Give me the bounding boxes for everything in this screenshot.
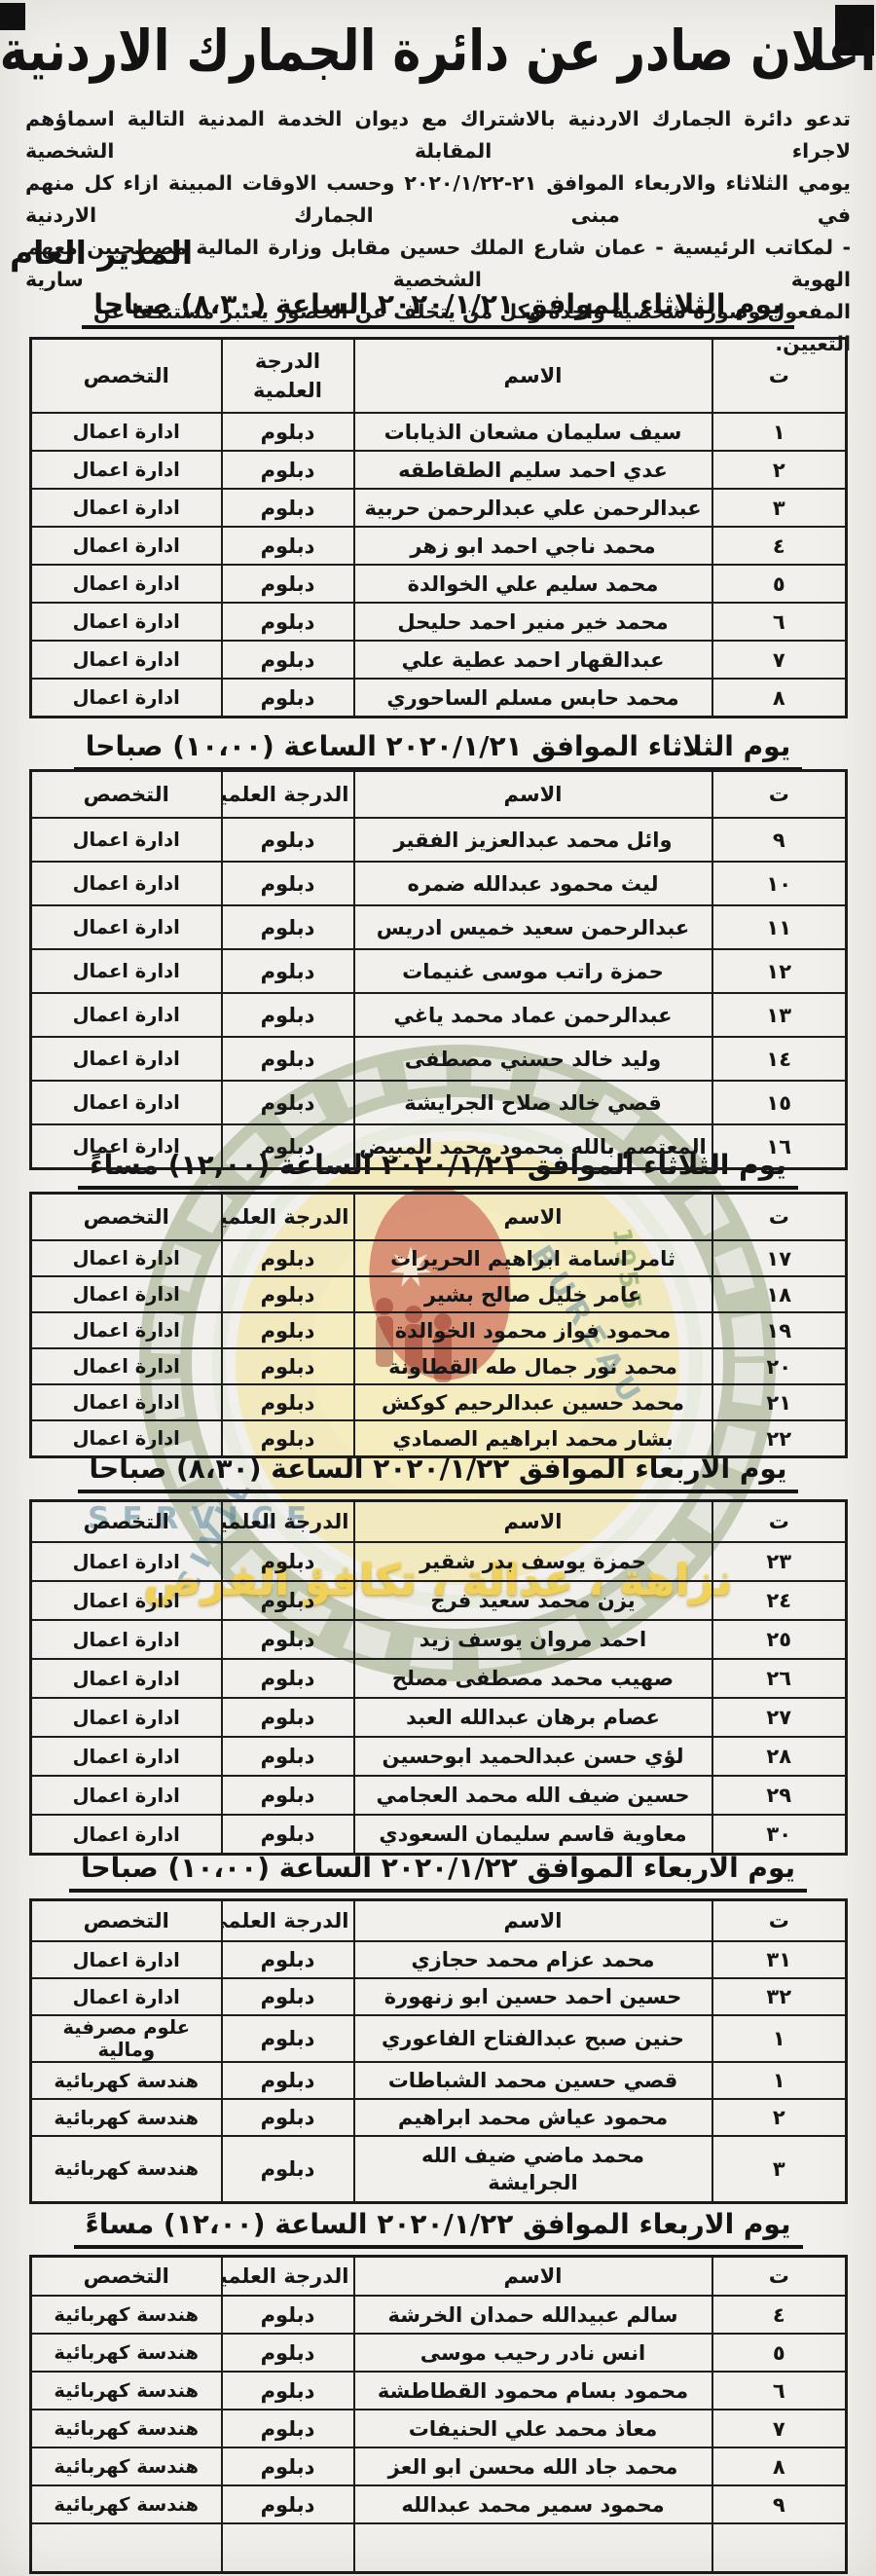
table-cell: عدي احمد سليم الطقاطقه	[354, 451, 712, 489]
table-cell: ٣١	[712, 1941, 847, 1978]
table-cell: ١	[712, 2062, 847, 2099]
table-cell: ٥	[712, 2334, 847, 2372]
table-cell: ٢٤	[712, 1581, 847, 1620]
column-header: الاسم	[354, 1194, 712, 1241]
table-cell: ٣	[712, 489, 847, 527]
table-cell: ادارة اعمال	[31, 1037, 222, 1081]
table-cell: ادارة اعمال	[31, 1420, 222, 1457]
column-header: ت	[712, 339, 847, 414]
table-cell: هندسة كهربائية	[31, 2099, 222, 2136]
table-cell: دبلوم	[222, 1312, 354, 1348]
table-row: ٤سالم عبيدالله حمدان الخرشةدبلومهندسة كه…	[31, 2296, 847, 2334]
table-cell: سالم عبيدالله حمدان الخرشة	[354, 2296, 712, 2334]
table-cell: دبلوم	[222, 641, 354, 679]
table-cell: محمد نور جمال طه القطاونة	[354, 1348, 712, 1384]
table-cell: ٤	[712, 527, 847, 565]
table-cell: ادارة اعمال	[31, 949, 222, 993]
table-cell: دبلوم	[222, 1659, 354, 1698]
column-header: التخصص	[31, 339, 222, 414]
table-cell: دبلوم	[222, 1124, 354, 1169]
table-cell: ادارة اعمال	[31, 489, 222, 527]
table-row: ٦محمود بسام محمود القطاطشةدبلومهندسة كهر…	[31, 2372, 847, 2410]
table-cell: ٣٠	[712, 1815, 847, 1855]
table-cell: ٧	[712, 2410, 847, 2447]
table-cell: ادارة اعمال	[31, 603, 222, 641]
table-cell: دبلوم	[222, 1240, 354, 1276]
column-header: الدرجة العلمية	[222, 1501, 354, 1543]
table-cell: ١٣	[712, 993, 847, 1037]
table-cell: محمد جاد الله محسن ابو العز	[354, 2447, 712, 2485]
table-cell: ادارة اعمال	[31, 1776, 222, 1815]
table-cell: دبلوم	[222, 993, 354, 1037]
table-cell: ٢	[712, 451, 847, 489]
table-cell: ادارة اعمال	[31, 1659, 222, 1698]
table-cell: ١١	[712, 905, 847, 949]
table-cell: ادارة اعمال	[31, 1348, 222, 1384]
table-cell: قصي حسين محمد الشباطات	[354, 2062, 712, 2099]
table-row: ٣١محمد عزام محمد حجازيدبلومادارة اعمال	[31, 1941, 847, 1978]
column-header: الدرجة العلمية	[222, 771, 354, 819]
table-cell: دبلوم	[222, 2015, 354, 2062]
table-cell: ٨	[712, 679, 847, 718]
column-header: التخصص	[31, 1194, 222, 1241]
table-cell: ادارة اعمال	[31, 1081, 222, 1124]
table-cell: دبلوم	[222, 1081, 354, 1124]
table-row: ٣٢حسين احمد حسين ابو زنهورةدبلومادارة اع…	[31, 1978, 847, 2015]
column-header: الدرجة العلمية	[222, 339, 354, 414]
table-row: ٢محمود عياش محمد ابراهيمدبلومهندسة كهربا…	[31, 2099, 847, 2136]
table-cell: وليد خالد حسني مصطفى	[354, 1037, 712, 1081]
table-row: ٢٣حمزة يوسف بدر شقيردبلومادارة اعمال	[31, 1542, 847, 1581]
table-row: ٢٦صهيب محمد مصطفى مصلحدبلومادارة اعمال	[31, 1659, 847, 1698]
table-cell: ادارة اعمال	[31, 1620, 222, 1659]
table-cell: ٢٠	[712, 1348, 847, 1384]
page-title: اعلان صادر عن دائرة الجمارك الاردنية	[29, 0, 847, 110]
table-row: ٢١محمد حسين عبدالرحيم كوكشدبلومادارة اعم…	[31, 1384, 847, 1420]
table-cell: ٤	[712, 2296, 847, 2334]
table-cell: ادارة اعمال	[31, 413, 222, 451]
table-row	[31, 2523, 847, 2573]
table-cell: محمد عزام محمد حجازي	[354, 1941, 712, 1978]
header-row: تالاسمالدرجة العلميةالتخصص	[31, 1501, 847, 1543]
table-cell: ٢	[712, 2099, 847, 2136]
table-row: ٣محمد ماضي ضيف الله الجرايشةدبلومهندسة ك…	[31, 2136, 847, 2203]
table-cell: هندسة كهربائية	[31, 2296, 222, 2334]
table-cell: دبلوم	[222, 1581, 354, 1620]
schedule-table-2: تالاسمالدرجة العلميةالتخصص٩وائل محمد عبد…	[29, 769, 848, 1170]
table-row: ٢٩حسين ضيف الله محمد العجاميدبلومادارة ا…	[31, 1776, 847, 1815]
table-row: ١٢حمزة راتب موسى غنيماتدبلومادارة اعمال	[31, 949, 847, 993]
table-cell: ١	[712, 2015, 847, 2062]
table-cell: هندسة كهربائية	[31, 2410, 222, 2447]
table-cell: ادارة اعمال	[31, 641, 222, 679]
table-cell: عبدالرحمن عماد محمد ياغي	[354, 993, 712, 1037]
table-cell: ١٦	[712, 1124, 847, 1169]
table-cell: قصي خالد صلاح الجرايشة	[354, 1081, 712, 1124]
table-cell: محمد خير منير احمد حليحل	[354, 603, 712, 641]
table-cell: ادارة اعمال	[31, 1384, 222, 1420]
table-row: ٥انس نادر رحيب موسىدبلومهندسة كهربائية	[31, 2334, 847, 2372]
table-cell: دبلوم	[222, 905, 354, 949]
table-cell: ادارة اعمال	[31, 1124, 222, 1169]
table-cell: ٩	[712, 2485, 847, 2523]
table-cell: ٢٩	[712, 1776, 847, 1815]
table-cell: حمزة راتب موسى غنيمات	[354, 949, 712, 993]
table-cell: سيف سليمان مشعان الذيابات	[354, 413, 712, 451]
signature-director-general: المدير العام	[10, 234, 193, 272]
schedule-table-3: تالاسمالدرجة العلميةالتخصص١٧ثامر اسامة ا…	[29, 1192, 848, 1458]
table-row: ٩وائل محمد عبدالعزيز الفقيردبلومادارة اع…	[31, 818, 847, 862]
table-cell: ادارة اعمال	[31, 993, 222, 1037]
table-cell: محمود فواز محمود الخوالدة	[354, 1312, 712, 1348]
table-cell: احمد مروان يوسف زيد	[354, 1620, 712, 1659]
table-cell: عبدالرحمن علي عبدالرحمن حربية	[354, 489, 712, 527]
table-cell: دبلوم	[222, 679, 354, 718]
table-row: ١٠ليث محمود عبدالله ضمرهدبلومادارة اعمال	[31, 862, 847, 905]
table-row: ٦محمد خير منير احمد حليحلدبلومادارة اعما…	[31, 603, 847, 641]
table-cell: محمود بسام محمود القطاطشة	[354, 2372, 712, 2410]
section-heading-1: يوم الثلاثاء الموافق ٢٠٢٠/١/٢١ الساعة (٨…	[0, 288, 876, 329]
table-cell: حمزة يوسف بدر شقير	[354, 1542, 712, 1581]
table-cell: ٢١	[712, 1384, 847, 1420]
table-row: ٢٧عصام برهان عبدالله العبددبلومادارة اعم…	[31, 1698, 847, 1737]
table-cell: حنين صبح عبدالفتاح الفاعوري	[354, 2015, 712, 2062]
table-cell: حسين احمد حسين ابو زنهورة	[354, 1978, 712, 2015]
table-cell: معاوية قاسم سليمان السعودي	[354, 1815, 712, 1855]
table-row: ١٦المعتصم بالله محمود محمد المبيضدبلوماد…	[31, 1124, 847, 1169]
section-heading-4: يوم الاربعاء الموافق ٢٠٢٠/١/٢٢ الساعة (٨…	[0, 1453, 876, 1493]
schedule-table-4: تالاسمالدرجة العلميةالتخصص٢٣حمزة يوسف بد…	[29, 1499, 848, 1856]
table-row: ٢٨لؤي حسن عبدالحميد ابوحسيندبلومادارة اع…	[31, 1737, 847, 1776]
column-header: الاسم	[354, 1900, 712, 1942]
table-cell: ادارة اعمال	[31, 1978, 222, 2015]
table-cell: ٦	[712, 2372, 847, 2410]
table-cell: دبلوم	[222, 1420, 354, 1457]
column-header: التخصص	[31, 1900, 222, 1942]
table-cell: دبلوم	[222, 1698, 354, 1737]
table-cell: دبلوم	[222, 1276, 354, 1312]
table-cell: عبدالقهار احمد عطية علي	[354, 641, 712, 679]
table-cell: ١٧	[712, 1240, 847, 1276]
table-cell: محمود سمير محمد عبدالله	[354, 2485, 712, 2523]
table-cell: محمد ناجي احمد ابو زهر	[354, 527, 712, 565]
table-cell: ٥	[712, 565, 847, 603]
table-row: ١٣عبدالرحمن عماد محمد ياغيدبلومادارة اعم…	[31, 993, 847, 1037]
table-cell: دبلوم	[222, 489, 354, 527]
table-cell: دبلوم	[222, 413, 354, 451]
table-cell: ثامر اسامة ابراهيم الحريرات	[354, 1240, 712, 1276]
scanned-announcement-page: CIVIL SERVICE BUREAU 1955 نزاهة ، عدالة …	[0, 0, 876, 2576]
column-header: ت	[712, 1900, 847, 1942]
table-row: ٤محمد ناجي احمد ابو زهردبلومادارة اعمال	[31, 527, 847, 565]
header-row: تالاسمالدرجة العلميةالتخصص	[31, 339, 847, 414]
table-cell: دبلوم	[222, 818, 354, 862]
table-cell: هندسة كهربائية	[31, 2372, 222, 2410]
table-cell: ادارة اعمال	[31, 818, 222, 862]
table-row: ٨محمد حابس مسلم الساحوريدبلومادارة اعمال	[31, 679, 847, 718]
table-cell: دبلوم	[222, 1348, 354, 1384]
table-row: ٧عبدالقهار احمد عطية عليدبلومادارة اعمال	[31, 641, 847, 679]
table-cell: دبلوم	[222, 451, 354, 489]
table-row: ٥محمد سليم علي الخوالدةدبلومادارة اعمال	[31, 565, 847, 603]
table-cell: دبلوم	[222, 1776, 354, 1815]
column-header: الاسم	[354, 2257, 712, 2297]
table-cell: بشار محمد ابراهيم الصمادي	[354, 1420, 712, 1457]
table-row: ٨محمد جاد الله محسن ابو العزدبلومهندسة ك…	[31, 2447, 847, 2485]
intro-line: تدعو دائرة الجمارك الاردنية بالاشتراك مع…	[25, 103, 851, 167]
table-cell: ادارة اعمال	[31, 1542, 222, 1581]
table-cell: هندسة كهربائية	[31, 2062, 222, 2099]
intro-line: يومي الثلاثاء والاربعاء الموافق ٢١-٢٠٢٠/…	[25, 167, 851, 232]
table-cell: ادارة اعمال	[31, 1240, 222, 1276]
table-cell: دبلوم	[222, 2410, 354, 2447]
table-cell: دبلوم	[222, 1737, 354, 1776]
table-cell: ٨	[712, 2447, 847, 2485]
table-row: ٢عدي احمد سليم الطقاطقهدبلومادارة اعمال	[31, 451, 847, 489]
table-cell: محمد حسين عبدالرحيم كوكش	[354, 1384, 712, 1420]
table-cell: وائل محمد عبدالعزيز الفقير	[354, 818, 712, 862]
column-header: التخصص	[31, 771, 222, 819]
column-header: الاسم	[354, 1501, 712, 1543]
table-cell: انس نادر رحيب موسى	[354, 2334, 712, 2372]
table-cell: ٦	[712, 603, 847, 641]
table-cell: لؤي حسن عبدالحميد ابوحسين	[354, 1737, 712, 1776]
table-cell: ادارة اعمال	[31, 1737, 222, 1776]
table-row: ٢٤يزن محمد سعيد فرجدبلومادارة اعمال	[31, 1581, 847, 1620]
schedule-table-5: تالاسمالدرجة العلميالتخصص٣١محمد عزام محم…	[29, 1898, 848, 2204]
table-cell: ٢٨	[712, 1737, 847, 1776]
header-row: تالاسمالدرجة العلميةالتخصص	[31, 1194, 847, 1241]
table-cell: هندسة كهربائية	[31, 2334, 222, 2372]
table-row: ١١عبدالرحمن سعيد خميس ادريسدبلومادارة اع…	[31, 905, 847, 949]
table-row: ٢٠محمد نور جمال طه القطاونةدبلومادارة اع…	[31, 1348, 847, 1384]
column-header: ت	[712, 1194, 847, 1241]
table-cell: محمد ماضي ضيف الله الجرايشة	[354, 2136, 712, 2203]
table-cell: ادارة اعمال	[31, 451, 222, 489]
table-cell: ٢٧	[712, 1698, 847, 1737]
table-cell: ٢٥	[712, 1620, 847, 1659]
table-cell: دبلوم	[222, 2062, 354, 2099]
table-row: ١٩محمود فواز محمود الخوالدةدبلومادارة اع…	[31, 1312, 847, 1348]
table-cell: عصام برهان عبدالله العبد	[354, 1698, 712, 1737]
column-header: التخصص	[31, 2257, 222, 2297]
table-cell: محمد حابس مسلم الساحوري	[354, 679, 712, 718]
column-header: الاسم	[354, 771, 712, 819]
table-cell: دبلوم	[222, 2099, 354, 2136]
column-header: الدرجة العلمية	[222, 1194, 354, 1241]
column-header: ت	[712, 2257, 847, 2297]
table-cell: محمد سليم علي الخوالدة	[354, 565, 712, 603]
section-heading-2: يوم الثلاثاء الموافق ٢٠٢٠/١/٢١ الساعة (١…	[0, 730, 876, 771]
table-cell: معاذ محمد علي الحنيفات	[354, 2410, 712, 2447]
table-cell: ادارة اعمال	[31, 1698, 222, 1737]
header-row: تالاسمالدرجة العلميةالتخصص	[31, 2257, 847, 2297]
table-cell: دبلوم	[222, 2334, 354, 2372]
column-header: ت	[712, 771, 847, 819]
table-cell: دبلوم	[222, 1978, 354, 2015]
table-cell: هندسة كهربائية	[31, 2485, 222, 2523]
table-cell: ٢٢	[712, 1420, 847, 1457]
table-row: ١٨عامر خليل صالح بشيردبلومادارة اعمال	[31, 1276, 847, 1312]
table-cell: هندسة كهربائية	[31, 2136, 222, 2203]
table-cell: ادارة اعمال	[31, 1581, 222, 1620]
table-cell: ٢٣	[712, 1542, 847, 1581]
table-row: ١سيف سليمان مشعان الذياباتدبلومادارة اعم…	[31, 413, 847, 451]
table-cell: دبلوم	[222, 1941, 354, 1978]
table-row: ٩محمود سمير محمد عبداللهدبلومهندسة كهربا…	[31, 2485, 847, 2523]
table-cell: حسين ضيف الله محمد العجامي	[354, 1776, 712, 1815]
table-cell: دبلوم	[222, 2136, 354, 2203]
table-cell	[712, 2523, 847, 2573]
table-cell: دبلوم	[222, 949, 354, 993]
table-cell: دبلوم	[222, 1542, 354, 1581]
table-cell: ١٤	[712, 1037, 847, 1081]
table-row: ١قصي حسين محمد الشباطاتدبلومهندسة كهربائ…	[31, 2062, 847, 2099]
table-cell: ١٩	[712, 1312, 847, 1348]
table-cell: دبلوم	[222, 2372, 354, 2410]
table-cell: دبلوم	[222, 1815, 354, 1855]
table-cell: دبلوم	[222, 565, 354, 603]
table-cell: ادارة اعمال	[31, 565, 222, 603]
header-row: تالاسمالدرجة العلميالتخصص	[31, 1900, 847, 1942]
table-cell: دبلوم	[222, 1037, 354, 1081]
table-cell: ادارة اعمال	[31, 527, 222, 565]
table-cell: ادارة اعمال	[31, 905, 222, 949]
table-cell: ٢٦	[712, 1659, 847, 1698]
table-row: ٧معاذ محمد علي الحنيفاتدبلومهندسة كهربائ…	[31, 2410, 847, 2447]
table-cell: ادارة اعمال	[31, 1276, 222, 1312]
table-cell: دبلوم	[222, 1384, 354, 1420]
table-cell: المعتصم بالله محمود محمد المبيض	[354, 1124, 712, 1169]
table-cell: ٣	[712, 2136, 847, 2203]
table-cell: ادارة اعمال	[31, 1312, 222, 1348]
table-row: ١٧ثامر اسامة ابراهيم الحريراتدبلومادارة …	[31, 1240, 847, 1276]
table-cell: ادارة اعمال	[31, 1941, 222, 1978]
table-cell: دبلوم	[222, 2447, 354, 2485]
table-cell: ٩	[712, 818, 847, 862]
column-header: ت	[712, 1501, 847, 1543]
table-cell	[31, 2523, 222, 2573]
table-cell: ١٠	[712, 862, 847, 905]
table-row: ٢٢بشار محمد ابراهيم الصماديدبلومادارة اع…	[31, 1420, 847, 1457]
section-heading-5: يوم الاربعاء الموافق ٢٠٢٠/١/٢٢ الساعة (١…	[0, 1852, 876, 1893]
table-cell: محمود عياش محمد ابراهيم	[354, 2099, 712, 2136]
table-cell: يزن محمد سعيد فرج	[354, 1581, 712, 1620]
table-cell: ٣٢	[712, 1978, 847, 2015]
table-row: ١٤وليد خالد حسني مصطفىدبلومادارة اعمال	[31, 1037, 847, 1081]
table-cell: ليث محمود عبدالله ضمره	[354, 862, 712, 905]
table-cell: هندسة كهربائية	[31, 2447, 222, 2485]
table-cell: دبلوم	[222, 603, 354, 641]
header-row: تالاسمالدرجة العلميةالتخصص	[31, 771, 847, 819]
table-row: ١٥قصي خالد صلاح الجرايشةدبلومادارة اعمال	[31, 1081, 847, 1124]
column-header: التخصص	[31, 1501, 222, 1543]
table-cell: ٧	[712, 641, 847, 679]
table-cell: دبلوم	[222, 2485, 354, 2523]
column-header: الدرجة العلمي	[222, 1900, 354, 1942]
table-cell	[354, 2523, 712, 2573]
table-cell: ١٥	[712, 1081, 847, 1124]
table-cell: علوم مصرفية ومالية	[31, 2015, 222, 2062]
table-cell: صهيب محمد مصطفى مصلح	[354, 1659, 712, 1698]
table-row: ٢٥احمد مروان يوسف زيددبلومادارة اعمال	[31, 1620, 847, 1659]
table-cell: ١٨	[712, 1276, 847, 1312]
table-cell: عامر خليل صالح بشير	[354, 1276, 712, 1312]
column-header: الاسم	[354, 339, 712, 414]
table-cell: ١	[712, 413, 847, 451]
table-cell: ١٢	[712, 949, 847, 993]
table-row: ٣عبدالرحمن علي عبدالرحمن حربيةدبلومادارة…	[31, 489, 847, 527]
table-cell: دبلوم	[222, 2296, 354, 2334]
schedule-table-1: تالاسمالدرجة العلميةالتخصص١سيف سليمان مش…	[29, 337, 848, 718]
column-header: الدرجة العلمية	[222, 2257, 354, 2297]
table-cell: دبلوم	[222, 527, 354, 565]
section-heading-6: يوم الاربعاء الموافق ٢٠٢٠/١/٢٢ الساعة (١…	[0, 2208, 876, 2249]
schedule-table-6: تالاسمالدرجة العلميةالتخصص٤سالم عبيدالله…	[29, 2255, 848, 2574]
table-cell	[222, 2523, 354, 2573]
table-cell: ادارة اعمال	[31, 862, 222, 905]
table-cell: دبلوم	[222, 862, 354, 905]
table-cell: عبدالرحمن سعيد خميس ادريس	[354, 905, 712, 949]
table-cell: ادارة اعمال	[31, 1815, 222, 1855]
table-row: ٣٠معاوية قاسم سليمان السعوديدبلومادارة ا…	[31, 1815, 847, 1855]
table-row: ١حنين صبح عبدالفتاح الفاعوريدبلومعلوم مص…	[31, 2015, 847, 2062]
table-cell: دبلوم	[222, 1620, 354, 1659]
table-cell: ادارة اعمال	[31, 679, 222, 718]
